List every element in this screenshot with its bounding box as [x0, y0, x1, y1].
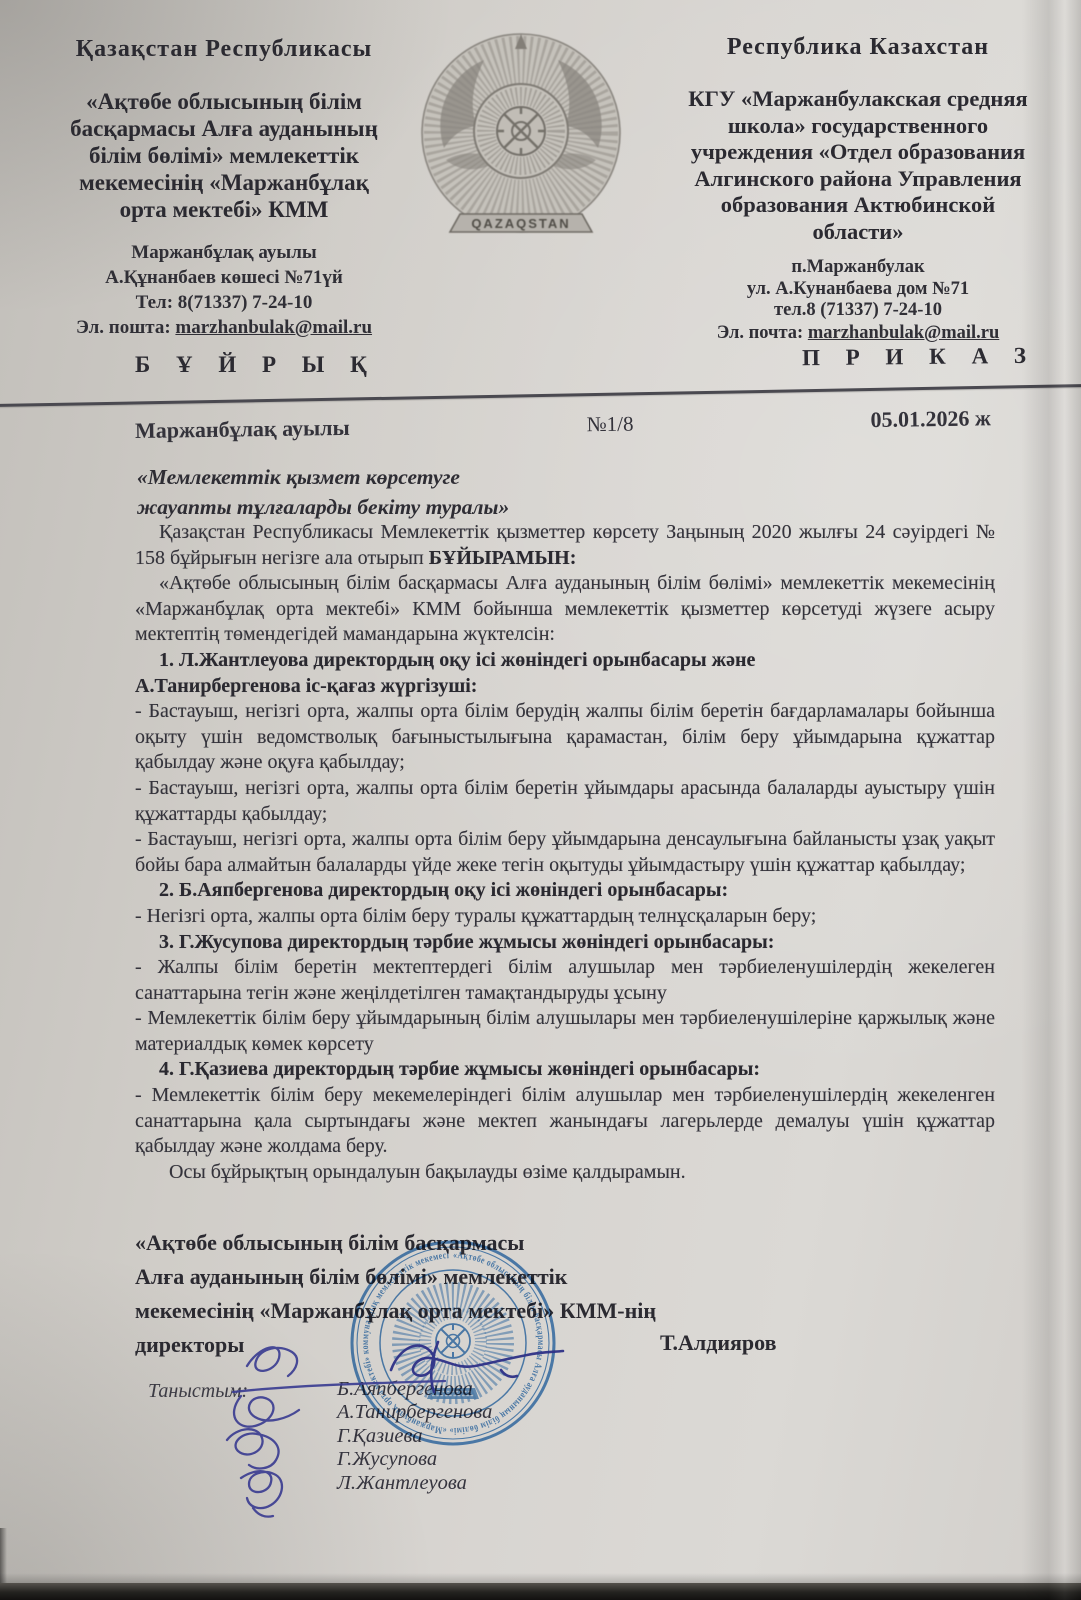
org-name-line: КГУ «Маржанбулакская средняя — [658, 86, 1058, 113]
order-body: Қазақстан Республикасы Мемлекеттік қызме… — [135, 520, 995, 1185]
address-line: ул. А.Кунанбаева дом №71 — [658, 279, 1058, 301]
body-paragraph: 1. Л.Жантлеуова директордың оқу ісі жөні… — [135, 648, 995, 699]
kazakhstan-coat-of-arms: QAZAQSTAN — [416, 28, 626, 243]
address-line: тел.8 (71337) 7-24-10 — [658, 300, 1058, 322]
subject-line: «Мемлекеттік қызмет көрсетуге — [137, 462, 677, 492]
address-line: Тел: 8(71337) 7-24-10 — [28, 290, 420, 315]
official-round-stamp: «Ақтөбе облысының білім басқармасы Алға … — [348, 1238, 558, 1448]
body-paragraph: «Ақтөбе облысының білім басқармасы Алға … — [135, 571, 995, 648]
body-paragraph: 3. Г.Жусупова директордың тәрбие жұмысы … — [135, 930, 995, 956]
country-name-kk: Қазақстан Республикасы — [28, 36, 420, 63]
org-name-line: школа» государственного — [658, 113, 1058, 140]
email-row-kk: Эл. пошта: marzhanbulak@mail.ru — [28, 315, 420, 340]
scanned-order-document: Қазақстан Республикасы «Ақтөбе облысының… — [0, 0, 1081, 1600]
body-paragraph: - Бастауыш, негізгі орта, жалпы орта біл… — [135, 827, 995, 878]
order-subject: «Мемлекеттік қызмет көрсетуге жауапты тұ… — [137, 462, 677, 522]
svg-text:«Ақтөбе облысының білім басқар: «Ақтөбе облысының білім басқармасы Алға … — [360, 1250, 546, 1436]
order-number: №1/8 — [586, 412, 633, 438]
org-address-kk: Маржанбұлақ ауылыА.Құнанбаев көшесі №71ү… — [28, 240, 420, 315]
org-name-line: мекемесінің «Маржанбұлақ — [28, 169, 420, 196]
body-paragraph: - Жалпы білім беретін мектептердегі білі… — [135, 955, 995, 1006]
photo-corner-shadow — [0, 1528, 7, 1583]
stamp-ring-text: «Ақтөбе облысының білім басқармасы Алға … — [360, 1250, 546, 1436]
org-name-line: области» — [658, 219, 1058, 246]
acquainted-name: Л.Жантлеуова — [337, 1472, 492, 1495]
org-name-line: Алгинского района Управления — [658, 166, 1058, 193]
body-paragraph: - Мемлекеттік білім беру мекемелеріндегі… — [135, 1083, 995, 1160]
org-name-line: образования Актюбинской — [658, 192, 1058, 219]
order-title-russian: П Р И К А З — [802, 343, 1036, 371]
photo-edge-shadow — [0, 1573, 1081, 1583]
org-name-kk: «Ақтөбе облысының білімбасқармасы Алға а… — [28, 88, 420, 223]
org-name-line: білім бөлімі» мемлекеттік — [28, 142, 420, 169]
email-label: Эл. почта: — [717, 323, 804, 343]
order-place: Маржанбұлақ ауылы — [135, 415, 350, 444]
order-date: 05.01.2026 ж — [870, 405, 991, 433]
org-address-ru: п.Маржанбулакул. А.Кунанбаева дом №71тел… — [658, 257, 1058, 322]
org-name-line: орта мектебі» КММ — [28, 196, 420, 223]
divider-rule — [0, 384, 1081, 407]
body-paragraph: - Бастауыш, негізгі орта, жалпы орта біл… — [135, 699, 995, 776]
body-paragraph: - Бастауыш, негізгі орта, жалпы орта біл… — [135, 776, 995, 827]
acquainted-label: Таныстым: — [148, 1380, 248, 1403]
country-name-ru: Республика Казахстан — [658, 34, 1058, 61]
body-paragraph: 2. Б.Аяпбергенова директордың оқу ісі жө… — [135, 878, 995, 904]
org-name-line: басқармасы Алға ауданының — [28, 115, 420, 142]
address-line: п.Маржанбулак — [658, 257, 1058, 279]
org-name-line: «Ақтөбе облысының білім — [28, 88, 420, 115]
order-title-kazakh: Б Ұ Й Р Ы Қ — [135, 352, 377, 378]
email-address: marzhanbulak@mail.ru — [175, 317, 372, 338]
email-label: Эл. пошта: — [76, 317, 171, 338]
body-paragraph: - Негізгі орта, жалпы орта білім беру ту… — [135, 904, 995, 930]
order-meta-row: Маржанбұлақ ауылы №1/8 05.01.2026 ж — [135, 405, 991, 444]
acquainted-name: Г.Жусупова — [337, 1448, 492, 1471]
stamp-center-emblem — [406, 1296, 500, 1399]
body-paragraph: 4. Г.Қазиева директордың тәрбие жұмысы ж… — [135, 1057, 995, 1083]
emblem-banner-text: QAZAQSTAN — [471, 216, 570, 231]
org-name-ru: КГУ «Маржанбулакская средняяшкола» госуд… — [658, 86, 1058, 245]
body-paragraph: - Мемлекеттік білім беру ұйымдарының біл… — [135, 1006, 995, 1057]
subject-line: жауапты тұлғаларды бекіту туралы» — [137, 492, 677, 522]
org-name-line: учреждения «Отдел образования — [658, 139, 1058, 166]
email-row-ru: Эл. почта: marzhanbulak@mail.ru — [658, 322, 1058, 344]
director-name: Т.Алдияров — [660, 1330, 776, 1356]
address-line: Маржанбұлақ ауылы — [28, 240, 420, 265]
letterhead-kazakh: Қазақстан Республикасы «Ақтөбе облысының… — [28, 36, 420, 340]
body-paragraph: Қазақстан Республикасы Мемлекеттік қызме… — [135, 520, 995, 571]
photo-edge-band — [0, 1583, 1081, 1600]
letterhead-russian: Республика Казахстан КГУ «Маржанбулакска… — [658, 34, 1058, 344]
email-address: marzhanbulak@mail.ru — [808, 323, 999, 343]
address-line: А.Құнанбаев көшесі №71үй — [28, 265, 420, 290]
body-paragraph: Осы бұйрықтың орындалуын бақылауды өзіме… — [135, 1160, 995, 1186]
